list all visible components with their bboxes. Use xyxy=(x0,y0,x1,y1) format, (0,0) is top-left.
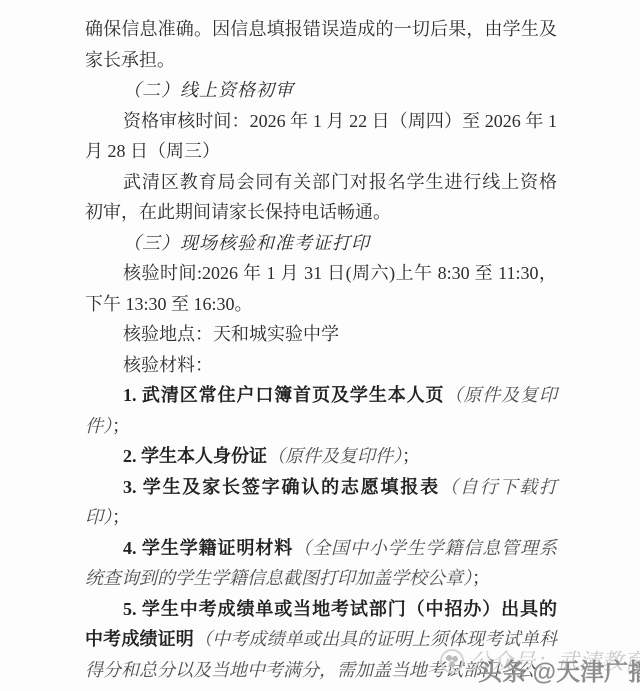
text-segment-body: ； xyxy=(402,446,420,466)
text-line: 家长承担。 xyxy=(85,45,557,76)
text-segment-kai: 印） xyxy=(85,507,112,527)
text-line: 确保信息准确。因信息填报错误造成的一切后果，由学生及 xyxy=(85,14,557,45)
text-segment-body: 确保信息准确。因信息填报错误造成的一切后果，由学生及 xyxy=(85,19,557,39)
text-line: 下午 13:30 至 16:30。 xyxy=(85,289,557,320)
text-line: 初审，在此期间请家长保持电话畅通。 xyxy=(85,197,557,228)
text-segment-kai: （全国中小学生学籍信息管理系 xyxy=(293,538,557,558)
text-segment-body: ； xyxy=(112,416,130,436)
text-segment-body: 核验地点：天和城实验中学 xyxy=(123,324,339,344)
text-line: 核验材料： xyxy=(85,350,557,381)
text-segment-body: 家长承担。 xyxy=(85,50,175,70)
text-segment-body: 下午 13:30 至 16:30。 xyxy=(85,294,253,314)
text-segment-body: 月 28 日（周三） xyxy=(85,141,220,161)
text-segment-kai: 统查询到的学生学籍信息截图打印加盖学校公章） xyxy=(85,568,472,588)
text-segment-body: ； xyxy=(472,568,490,588)
text-segment-bold: 4. 学生学籍证明材料 xyxy=(123,538,293,558)
text-line: 武清区教育局会同有关部门对报名学生进行线上资格 xyxy=(85,167,557,198)
text-line: 统查询到的学生学籍信息截图打印加盖学校公章）； xyxy=(85,563,557,594)
text-line: 印）； xyxy=(85,502,557,533)
text-segment-kai: （原件及复印 xyxy=(444,385,557,405)
text-line: 得分和总分以及当地中考满分，需加盖当地考试部门（公 xyxy=(85,655,557,686)
text-segment-body: 核验时间:2026 年 1 月 31 日(周六)上午 8:30 至 11:30， xyxy=(123,263,557,283)
text-segment-bold: 1. 武清区常住户口簿首页及学生本人页 xyxy=(123,385,444,405)
text-segment-kai: 得分和总分以及当地中考满分，需加盖当地考试部门（公 xyxy=(85,660,535,680)
text-line: 中考成绩证明（中考成绩单或出具的证明上须体现考试单科 xyxy=(85,624,557,655)
text-segment-bold: 3. 学生及家长签字确认的志愿填报表 xyxy=(123,477,440,497)
text-segment-bold: 中考成绩证明 xyxy=(85,629,194,649)
text-segment-body: ； xyxy=(112,507,130,527)
text-segment-heading: （三）现场核验和准考证打印 xyxy=(123,233,370,253)
text-line: 4. 学生学籍证明材料（全国中小学生学籍信息管理系 xyxy=(85,533,557,564)
document-lines: 确保信息准确。因信息填报错误造成的一切后果，由学生及家长承担。（二）线上资格初审… xyxy=(85,14,557,685)
text-segment-kai: （中考成绩单或出具的证明上须体现考试单科 xyxy=(194,629,557,649)
text-segment-kai: （原件及复印件） xyxy=(267,446,402,466)
text-line: 月 28 日（周三） xyxy=(85,136,557,167)
text-segment-body: 资格审核时间：2026 年 1 月 22 日（周四）至 2026 年 1 xyxy=(123,111,557,131)
text-segment-body: 核验材料： xyxy=(123,355,213,375)
text-segment-body: 初审，在此期间请家长保持电话畅通。 xyxy=(85,202,391,222)
text-segment-kai: 件） xyxy=(85,416,112,436)
text-line: 2. 学生本人身份证（原件及复印件）； xyxy=(85,441,557,472)
text-line: （二）线上资格初审 xyxy=(85,75,557,106)
text-line: 件）； xyxy=(85,411,557,442)
text-segment-body: 武清区教育局会同有关部门对报名学生进行线上资格 xyxy=(123,172,557,192)
text-line: 核验地点：天和城实验中学 xyxy=(85,319,557,350)
text-line: 核验时间:2026 年 1 月 31 日(周六)上午 8:30 至 11:30， xyxy=(85,258,557,289)
text-line: 3. 学生及家长签字确认的志愿填报表（自行下载打 xyxy=(85,472,557,503)
text-segment-bold: 2. 学生本人身份证 xyxy=(123,446,267,466)
text-segment-heading: （二）线上资格初审 xyxy=(123,80,294,100)
text-line: 5. 学生中考成绩单或当地考试部门（中招办）出具的 xyxy=(85,594,557,625)
text-line: （三）现场核验和准考证打印 xyxy=(85,228,557,259)
text-line: 资格审核时间：2026 年 1 月 22 日（周四）至 2026 年 1 xyxy=(85,106,557,137)
document-page: 确保信息准确。因信息填报错误造成的一切后果，由学生及家长承担。（二）线上资格初审… xyxy=(0,0,640,691)
text-segment-kai: （自行下载打 xyxy=(440,477,557,497)
text-line: 1. 武清区常住户口簿首页及学生本人页（原件及复印 xyxy=(85,380,557,411)
text-segment-bold: 5. 学生中考成绩单或当地考试部门（中招办）出具的 xyxy=(123,599,557,619)
